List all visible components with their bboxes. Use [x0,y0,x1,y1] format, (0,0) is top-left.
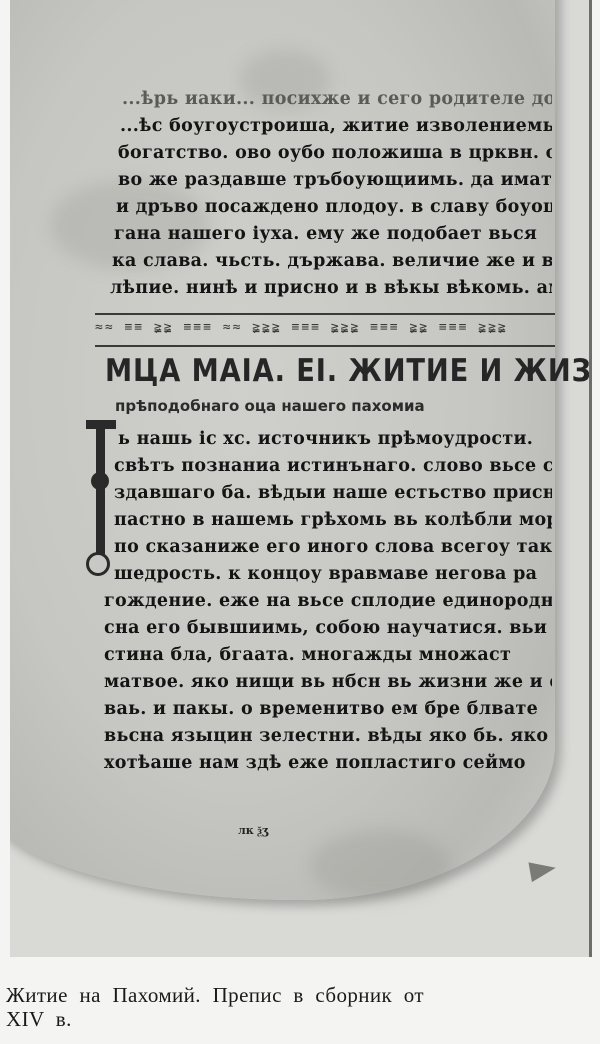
manuscript-line: ка слава. чьсть. държава. величие же и в… [112,250,552,272]
manuscript-line: лѣпие. нинѣ и присно и в вѣкы вѣкомь. ам… [110,277,552,299]
manuscript-line: гождение. еже на вьсе сплодие единородна… [104,590,552,612]
decorated-initial-letter [86,420,116,570]
manuscript-line: матвое. яко нищи вь нбсн вь жизни же и е… [104,671,552,693]
manuscript-subtitle: прѣподобнаго оца нашего пахомиа [115,396,532,416]
manuscript-line: по сказаниже его иного слова всегоу тако… [114,536,552,558]
manuscript-line: вьсна языцин зелестни. вѣды яко бь. яко … [104,725,552,747]
photo-border [589,0,592,957]
manuscript-photograph: ...ѣрь иаки... Посихже и сего родителе д… [10,0,592,957]
manuscript-line: свѣтъ познаниа истинънаго. слово вьсе съ [114,455,552,477]
manuscript-line: богатство. ово оубо положиша в црквн. о [118,142,552,164]
caption-line: XIV в. [6,1007,596,1031]
manuscript-line: пастно в нашемь грѣхомь вь колѣбли морск… [114,509,552,531]
manuscript-line: во же раздавше тръбоующиимь. да иматъ то [118,169,552,191]
manuscript-line: ...ѣрь иаки... Посихже и сего родителе д… [122,88,552,110]
manuscript-line: шедрость. к концоу вравмаве негова ра [114,563,552,585]
torn-corner [528,858,557,882]
ornamental-headpiece: ≈≈ ≡≡ ≩≩ ≡≡≡ ≈≈ ≩≩≩ ≡≡≡ ≩≩≩ ≡≡≡ ≩≩ ≡≡≡ ≩… [95,313,555,347]
manuscript-line: гана нашего іуха. Ему же подобает вься [114,223,552,245]
manuscript-line: ь нашь іс хс. источникъ прѣмоудрости. [118,428,552,450]
manuscript-line: ваь. и пакы. о временитво ем бре блвате [104,698,552,720]
manuscript-title: МЦА МАІА. ЕІ. ЖИТИЕ И ЖИЗНЬ [105,352,498,390]
folio-mark: лк ѯӡ [238,824,268,837]
stain [310,830,450,900]
manuscript-line: хотѣаше нам здѣ еже попластиго сеймо [104,752,552,774]
manuscript-line: стина бла, бгаата. многажды множаст [104,644,552,666]
caption-line: Житие на Пахомий. Препис в сборник от [6,983,596,1007]
manuscript-line: здавшаго ба. вѣдыи наше естьство присно … [114,482,552,504]
manuscript-line: ...ѣс боугоустроиша, житие изволениемь [120,115,552,137]
manuscript-line: и дръво посаждено плодоу. в славу боуоцу [116,196,552,218]
figure-caption: Житие на Пахомий. Препис в сборник от XI… [6,983,596,1031]
manuscript-line: сна его бывшиимь, собою научатися. вьи [104,617,552,639]
